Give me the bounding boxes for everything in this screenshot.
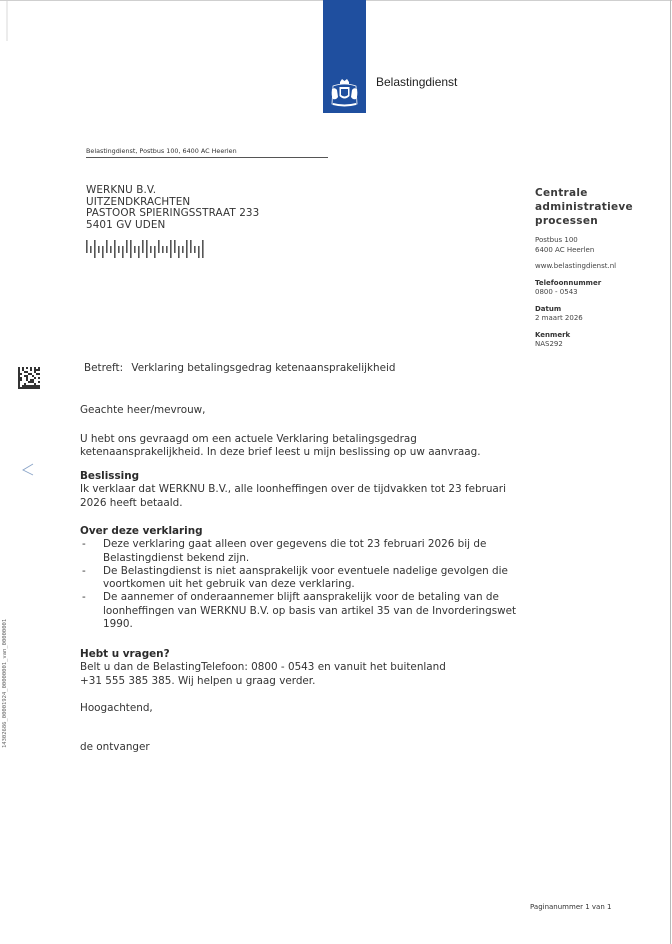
phone-label: Telefoonnummer [535, 279, 665, 289]
organization-name: Belastingdienst [376, 75, 457, 89]
department-line: Centrale [535, 186, 665, 200]
recipient-line: WERKNU B.V. [86, 185, 259, 197]
recipient-line: 5401 GV UDEN [86, 220, 259, 232]
department-line: processen [535, 214, 665, 228]
department-line: administratieve [535, 200, 665, 214]
text-line: Belastingdienst bekend zijn. [103, 552, 540, 565]
text-line: U hebt ons gevraagd om een actuele Verkl… [80, 433, 510, 446]
decision-heading: Beslissing [80, 470, 530, 483]
text-line: De Belastingdienst is niet aansprakelijk… [103, 565, 540, 578]
list-item: - De aannemer of onderaannemer blijft aa… [80, 591, 540, 631]
text-line: 1990. [103, 618, 540, 631]
chevron-left-mark-icon [21, 463, 35, 477]
subject-label: Betreft: [84, 362, 123, 374]
text-line: 2026 heeft betaald. [80, 497, 530, 510]
about-heading: Over deze verklaring [80, 525, 540, 538]
reference-label: Kenmerk [535, 331, 665, 341]
list-item: - De Belastingdienst is niet aansprakeli… [80, 565, 540, 592]
document-tracking-code: 14302686_00001924_00000001_van_00000001 [2, 619, 8, 748]
questions-section: Hebt u vragen? Belt u dan de BelastingTe… [80, 648, 500, 688]
recipient-address: WERKNU B.V. UITZENDKRACHTEN PASTOOR SPIE… [86, 185, 259, 231]
date-label: Datum [535, 305, 665, 315]
return-address: Belastingdienst, Postbus 100, 6400 AC He… [86, 147, 328, 158]
salutation: Geachte heer/mevrouw, [80, 404, 205, 417]
text-line: Ik verklaar dat WERKNU B.V., alle loonhe… [80, 483, 530, 496]
page-edge-left [6, 1, 8, 41]
department-name: Centrale administratieve processen [535, 186, 665, 228]
about-section: Over deze verklaring - Deze verklaring g… [80, 525, 540, 631]
decision-section: Beslissing Ik verklaar dat WERKNU B.V., … [80, 470, 530, 510]
postal-barcode-icon [86, 240, 211, 258]
page-edge-right [670, 0, 671, 944]
recipient-line: PASTOOR SPIERINGSSTRAAT 233 [86, 208, 259, 220]
datamatrix-code-icon [18, 367, 40, 389]
text-line: Deze verklaring gaat alleen over gegeven… [103, 538, 540, 551]
signature: de ontvanger [80, 741, 150, 754]
list-item: - Deze verklaring gaat alleen over gegev… [80, 538, 540, 565]
page-number: Paginanummer 1 van 1 [530, 903, 611, 911]
text-line: De aannemer of onderaannemer blijft aans… [103, 591, 540, 604]
phone-value: 0800 - 0543 [535, 288, 665, 298]
letter-subject: Betreft: Verklaring betalingsgedrag kete… [84, 362, 395, 375]
royal-coat-of-arms-icon [327, 76, 362, 110]
sender-address-line: Postbus 100 [535, 236, 665, 246]
bullet-dash: - [82, 591, 86, 604]
reference-value: NAS292 [535, 340, 665, 350]
about-list: - Deze verklaring gaat alleen over gegev… [80, 538, 540, 631]
closing: Hoogachtend, [80, 702, 153, 715]
text-line: ketenaansprakelijkheid. In deze brief le… [80, 446, 510, 459]
bullet-dash: - [82, 565, 86, 578]
sender-address-line: 6400 AC Heerlen [535, 246, 665, 256]
logo-bar [323, 0, 366, 113]
text-line: voortkomen uit het gebruik van deze verk… [103, 578, 540, 591]
text-line: +31 555 385 385. Wij helpen u graag verd… [80, 675, 500, 688]
text-line: Belt u dan de BelastingTelefoon: 0800 - … [80, 661, 500, 674]
bullet-dash: - [82, 538, 86, 551]
text-line: loonheffingen van WERKNU B.V. op basis v… [103, 605, 540, 618]
questions-heading: Hebt u vragen? [80, 648, 500, 661]
date-value: 2 maart 2026 [535, 314, 665, 324]
intro-paragraph: U hebt ons gevraagd om een actuele Verkl… [80, 433, 510, 460]
website-link[interactable]: www.belastingdienst.nl [535, 262, 665, 272]
subject-text: Verklaring betalingsgedrag ketenaansprak… [131, 362, 395, 374]
sender-details: Centrale administratieve processen Postb… [535, 186, 665, 350]
